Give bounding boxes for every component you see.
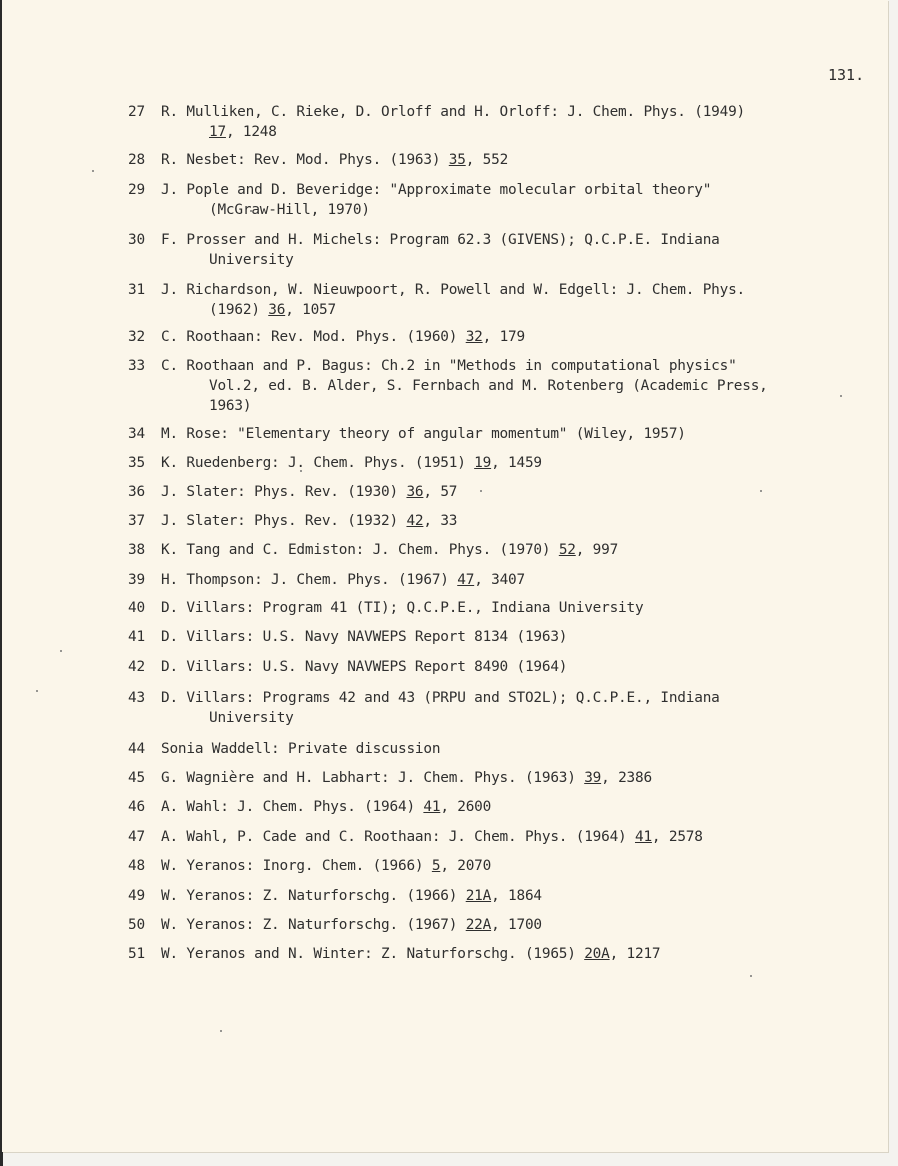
scan-speck bbox=[36, 690, 38, 692]
reference-number: 41 bbox=[128, 627, 158, 647]
reference-item: 41D. Villars: U.S. Navy NAVWEPS Report 8… bbox=[128, 627, 868, 647]
page-ref: , 1864 bbox=[491, 888, 542, 904]
page-ref: , 3407 bbox=[474, 572, 525, 588]
reference-text: R. Mulliken, C. Rieke, D. Orloff and H. … bbox=[161, 102, 868, 142]
reference-item: 32C. Roothaan: Rev. Mod. Phys. (1960) 32… bbox=[128, 327, 868, 347]
reference-number: 45 bbox=[128, 768, 158, 788]
page-ref: , 1248 bbox=[226, 124, 277, 140]
citation-prefix: A. Wahl, P. Cade and C. Roothaan: J. Che… bbox=[161, 829, 635, 845]
reference-text: C. Roothaan and P. Bagus: Ch.2 in "Metho… bbox=[161, 356, 868, 416]
page-ref: , 179 bbox=[483, 329, 525, 345]
scan-speck bbox=[250, 210, 252, 212]
reference-item: 28R. Nesbet: Rev. Mod. Phys. (1963) 35, … bbox=[128, 150, 868, 170]
reference-line: F. Prosser and H. Michels: Program 62.3 … bbox=[161, 230, 868, 250]
reference-number: 48 bbox=[128, 856, 158, 876]
page-ref: , 1057 bbox=[285, 302, 336, 318]
volume-number: 32 bbox=[466, 329, 483, 345]
reference-item: 27R. Mulliken, C. Rieke, D. Orloff and H… bbox=[128, 102, 868, 142]
volume-number: 20A bbox=[584, 946, 609, 962]
reference-number: 31 bbox=[128, 280, 158, 300]
reference-number: 29 bbox=[128, 180, 158, 200]
volume-number: 39 bbox=[584, 770, 601, 786]
reference-text: D. Villars: Program 41 (TI); Q.C.P.E., I… bbox=[161, 598, 868, 618]
page-ref: , 57 bbox=[423, 484, 457, 500]
reference-text: J. Slater: Phys. Rev. (1930) 36, 57 bbox=[161, 482, 868, 502]
scan-speck bbox=[60, 650, 62, 652]
reference-item: 39H. Thompson: J. Chem. Phys. (1967) 47,… bbox=[128, 570, 868, 590]
reference-line: J. Richardson, W. Nieuwpoort, R. Powell … bbox=[161, 280, 868, 300]
reference-item: 35K. Ruedenberg: J. Chem. Phys. (1951) 1… bbox=[128, 453, 868, 473]
reference-line: D. Villars: U.S. Navy NAVWEPS Report 849… bbox=[161, 657, 868, 677]
reference-item: 31J. Richardson, W. Nieuwpoort, R. Powel… bbox=[128, 280, 868, 320]
reference-line: Sonia Waddell: Private discussion bbox=[161, 739, 868, 759]
reference-text: W. Yeranos and N. Winter: Z. Naturforsch… bbox=[161, 944, 868, 964]
citation-prefix: H. Thompson: J. Chem. Phys. (1967) bbox=[161, 572, 457, 588]
reference-item: 46A. Wahl: J. Chem. Phys. (1964) 41, 260… bbox=[128, 797, 868, 817]
reference-text: A. Wahl, P. Cade and C. Roothaan: J. Che… bbox=[161, 827, 868, 847]
reference-number: 38 bbox=[128, 540, 158, 560]
page-ref: , 2600 bbox=[440, 799, 491, 815]
page-ref: , 552 bbox=[466, 152, 508, 168]
scan-speck bbox=[560, 190, 562, 192]
reference-continuation: (1962) 36, 1057 bbox=[161, 300, 868, 320]
citation-prefix: K. Tang and C. Edmiston: J. Chem. Phys. … bbox=[161, 542, 559, 558]
reference-number: 40 bbox=[128, 598, 158, 618]
reference-number: 30 bbox=[128, 230, 158, 250]
reference-number: 37 bbox=[128, 511, 158, 531]
reference-item: 36J. Slater: Phys. Rev. (1930) 36, 57 bbox=[128, 482, 868, 502]
reference-item: 33C. Roothaan and P. Bagus: Ch.2 in "Met… bbox=[128, 356, 868, 416]
reference-text: J. Pople and D. Beveridge: "Approximate … bbox=[161, 180, 868, 220]
page-ref: , 33 bbox=[423, 513, 457, 529]
reference-number: 44 bbox=[128, 739, 158, 759]
reference-number: 50 bbox=[128, 915, 158, 935]
reference-continuation: 17, 1248 bbox=[161, 122, 868, 142]
reference-line: J. Pople and D. Beveridge: "Approximate … bbox=[161, 180, 868, 200]
page-ref: , 997 bbox=[576, 542, 618, 558]
reference-item: 44Sonia Waddell: Private discussion bbox=[128, 739, 868, 759]
reference-text: H. Thompson: J. Chem. Phys. (1967) 47, 3… bbox=[161, 570, 868, 590]
citation-prefix: A. Wahl: J. Chem. Phys. (1964) bbox=[161, 799, 423, 815]
citation-prefix: J. Slater: Phys. Rev. (1932) bbox=[161, 513, 406, 529]
citation-prefix: W. Yeranos: Z. Naturforschg. (1967) bbox=[161, 917, 466, 933]
reference-text: D. Villars: Programs 42 and 43 (PRPU and… bbox=[161, 688, 868, 728]
reference-number: 35 bbox=[128, 453, 158, 473]
reference-text: W. Yeranos: Z. Naturforschg. (1967) 22A,… bbox=[161, 915, 868, 935]
reference-item: 29J. Pople and D. Beveridge: "Approximat… bbox=[128, 180, 868, 220]
reference-item: 48W. Yeranos: Inorg. Chem. (1966) 5, 207… bbox=[128, 856, 868, 876]
citation-prefix: J. Slater: Phys. Rev. (1930) bbox=[161, 484, 406, 500]
reference-continuation: Vol.2, ed. B. Alder, S. Fernbach and M. … bbox=[161, 376, 868, 396]
page-ref: , 2578 bbox=[652, 829, 703, 845]
reference-number: 27 bbox=[128, 102, 158, 122]
citation-prefix: C. Roothaan: Rev. Mod. Phys. (1960) bbox=[161, 329, 466, 345]
reference-number: 47 bbox=[128, 827, 158, 847]
reference-text: R. Nesbet: Rev. Mod. Phys. (1963) 35, 55… bbox=[161, 150, 868, 170]
volume-number: 17 bbox=[209, 124, 226, 140]
reference-text: K. Ruedenberg: J. Chem. Phys. (1951) 19,… bbox=[161, 453, 868, 473]
citation-prefix: G. Wagnière and H. Labhart: J. Chem. Phy… bbox=[161, 770, 584, 786]
reference-text: A. Wahl: J. Chem. Phys. (1964) 41, 2600 bbox=[161, 797, 868, 817]
reference-number: 28 bbox=[128, 150, 158, 170]
reference-item: 42D. Villars: U.S. Navy NAVWEPS Report 8… bbox=[128, 657, 868, 677]
reference-text: F. Prosser and H. Michels: Program 62.3 … bbox=[161, 230, 868, 270]
reference-item: 37J. Slater: Phys. Rev. (1932) 42, 33 bbox=[128, 511, 868, 531]
scan-speck bbox=[92, 170, 94, 172]
reference-text: D. Villars: U.S. Navy NAVWEPS Report 849… bbox=[161, 657, 868, 677]
scan-speck bbox=[220, 1030, 222, 1032]
citation-prefix: W. Yeranos: Inorg. Chem. (1966) bbox=[161, 858, 432, 874]
scan-speck bbox=[300, 470, 302, 472]
volume-number: 21A bbox=[466, 888, 491, 904]
page-ref: , 2070 bbox=[440, 858, 491, 874]
citation-prefix: K. Ruedenberg: J. Chem. Phys. (1951) bbox=[161, 455, 474, 471]
reference-line: D. Villars: Program 41 (TI); Q.C.P.E., I… bbox=[161, 598, 868, 618]
page-ref: , 1459 bbox=[491, 455, 542, 471]
page-ref: , 1700 bbox=[491, 917, 542, 933]
reference-item: 51W. Yeranos and N. Winter: Z. Naturfors… bbox=[128, 944, 868, 964]
reference-text: G. Wagnière and H. Labhart: J. Chem. Phy… bbox=[161, 768, 868, 788]
reference-line: D. Villars: Programs 42 and 43 (PRPU and… bbox=[161, 688, 868, 708]
reference-item: 38K. Tang and C. Edmiston: J. Chem. Phys… bbox=[128, 540, 868, 560]
scan-speck bbox=[760, 490, 762, 492]
citation-prefix: (1962) bbox=[209, 302, 268, 318]
reference-text: J. Slater: Phys. Rev. (1932) 42, 33 bbox=[161, 511, 868, 531]
page-number: 131. bbox=[828, 66, 864, 84]
scan-speck bbox=[840, 395, 842, 397]
reference-number: 32 bbox=[128, 327, 158, 347]
reference-number: 36 bbox=[128, 482, 158, 502]
reference-text: J. Richardson, W. Nieuwpoort, R. Powell … bbox=[161, 280, 868, 320]
reference-item: 40D. Villars: Program 41 (TI); Q.C.P.E.,… bbox=[128, 598, 868, 618]
volume-number: 22A bbox=[466, 917, 491, 933]
citation-prefix: W. Yeranos: Z. Naturforschg. (1966) bbox=[161, 888, 466, 904]
reference-item: 45G. Wagnière and H. Labhart: J. Chem. P… bbox=[128, 768, 868, 788]
reference-item: 50W. Yeranos: Z. Naturforschg. (1967) 22… bbox=[128, 915, 868, 935]
reference-line: R. Mulliken, C. Rieke, D. Orloff and H. … bbox=[161, 102, 868, 122]
volume-number: 41 bbox=[635, 829, 652, 845]
page-ref: , 2386 bbox=[601, 770, 652, 786]
citation-prefix: W. Yeranos and N. Winter: Z. Naturforsch… bbox=[161, 946, 584, 962]
reference-continuation: 1963) bbox=[161, 396, 868, 416]
volume-number: 41 bbox=[423, 799, 440, 815]
reference-number: 33 bbox=[128, 356, 158, 376]
reference-continuation: (McGraw-Hill, 1970) bbox=[161, 200, 868, 220]
reference-number: 42 bbox=[128, 657, 158, 677]
reference-continuation: University bbox=[161, 708, 868, 728]
scan-speck bbox=[480, 490, 482, 492]
page-ref: , 1217 bbox=[610, 946, 661, 962]
reference-text: D. Villars: U.S. Navy NAVWEPS Report 813… bbox=[161, 627, 868, 647]
reference-number: 34 bbox=[128, 424, 158, 444]
volume-number: 47 bbox=[457, 572, 474, 588]
reference-continuation: University bbox=[161, 250, 868, 270]
volume-number: 36 bbox=[268, 302, 285, 318]
reference-item: 49W. Yeranos: Z. Naturforschg. (1966) 21… bbox=[128, 886, 868, 906]
scan-speck bbox=[750, 975, 752, 977]
reference-item: 34M. Rose: "Elementary theory of angular… bbox=[128, 424, 868, 444]
reference-number: 43 bbox=[128, 688, 158, 708]
reference-number: 39 bbox=[128, 570, 158, 590]
citation-prefix: R. Nesbet: Rev. Mod. Phys. (1963) bbox=[161, 152, 449, 168]
reference-text: W. Yeranos: Z. Naturforschg. (1966) 21A,… bbox=[161, 886, 868, 906]
reference-text: W. Yeranos: Inorg. Chem. (1966) 5, 2070 bbox=[161, 856, 868, 876]
volume-number: 42 bbox=[406, 513, 423, 529]
volume-number: 36 bbox=[406, 484, 423, 500]
reference-line: M. Rose: "Elementary theory of angular m… bbox=[161, 424, 868, 444]
reference-number: 49 bbox=[128, 886, 158, 906]
reference-text: K. Tang and C. Edmiston: J. Chem. Phys. … bbox=[161, 540, 868, 560]
reference-item: 43D. Villars: Programs 42 and 43 (PRPU a… bbox=[128, 688, 868, 728]
reference-item: 47A. Wahl, P. Cade and C. Roothaan: J. C… bbox=[128, 827, 868, 847]
reference-line: C. Roothaan and P. Bagus: Ch.2 in "Metho… bbox=[161, 356, 868, 376]
reference-text: Sonia Waddell: Private discussion bbox=[161, 739, 868, 759]
reference-text: M. Rose: "Elementary theory of angular m… bbox=[161, 424, 868, 444]
reference-item: 30F. Prosser and H. Michels: Program 62.… bbox=[128, 230, 868, 270]
reference-number: 51 bbox=[128, 944, 158, 964]
reference-line: D. Villars: U.S. Navy NAVWEPS Report 813… bbox=[161, 627, 868, 647]
volume-number: 19 bbox=[474, 455, 491, 471]
reference-text: C. Roothaan: Rev. Mod. Phys. (1960) 32, … bbox=[161, 327, 868, 347]
volume-number: 35 bbox=[449, 152, 466, 168]
volume-number: 52 bbox=[559, 542, 576, 558]
reference-number: 46 bbox=[128, 797, 158, 817]
